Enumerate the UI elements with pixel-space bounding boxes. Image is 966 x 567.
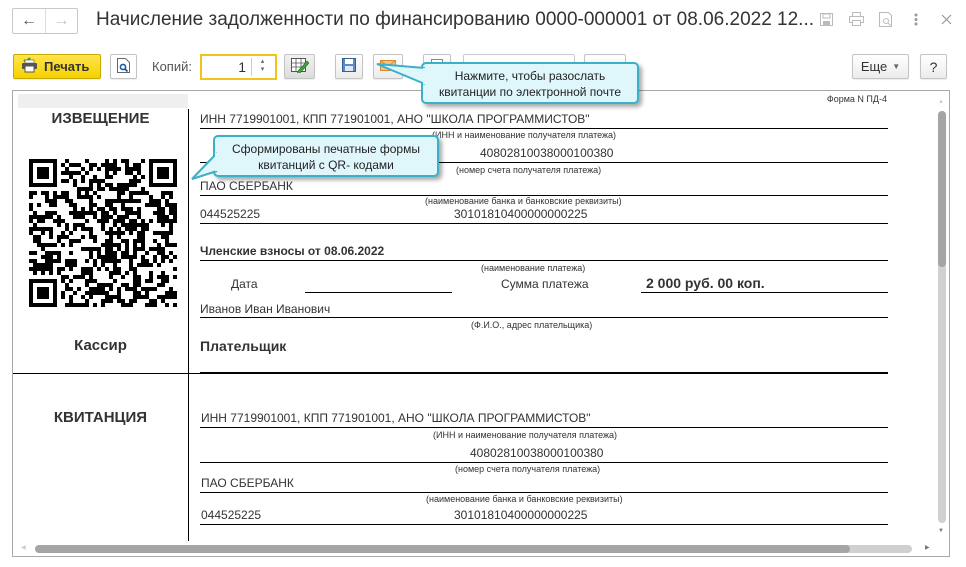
more-label: Еще — [861, 59, 887, 74]
section-divider — [13, 373, 888, 374]
title-bar: ← → Начисление задолженности по финансир… — [0, 0, 966, 42]
scroll-down-icon[interactable]: ▼ — [938, 528, 944, 534]
bank-text: ПАО СБЕРБАНК — [200, 179, 293, 193]
rule — [200, 128, 888, 129]
printer-icon — [21, 57, 38, 76]
callout-pointer — [375, 62, 425, 92]
horizontal-scrollbar[interactable]: ◀ ▶ — [13, 542, 937, 556]
recipient-text: ИНН 7719901001, КПП 771901001, АНО "ШКОЛ… — [200, 112, 590, 126]
qr-tooltip: Сформированы печатные формы квитанций с … — [213, 135, 439, 177]
window-title: Начисление задолженности по финансирован… — [96, 9, 814, 31]
preview-icon[interactable] — [878, 11, 894, 27]
qr-tooltip-line1: Сформированы печатные формы — [215, 141, 437, 157]
close-icon[interactable] — [938, 11, 954, 27]
scroll-thumb[interactable] — [938, 111, 946, 267]
rule — [200, 492, 888, 493]
floppy-disk-icon — [342, 58, 356, 75]
notice-heading: ИЗВЕЩЕНИЕ — [13, 110, 188, 127]
spreadsheet-document[interactable]: Форма N ПД-4 ИЗВЕЩЕНИЕ Кассир ИНН 771990… — [12, 90, 950, 557]
email-tooltip: Нажмите, чтобы разослать квитанции по эл… — [421, 62, 639, 104]
cashier-label: Кассир — [13, 337, 188, 354]
rule — [200, 223, 888, 224]
payment-name: Членские взносы от 08.06.2022 — [200, 244, 384, 258]
receipt-heading: КВИТАНЦИЯ — [13, 409, 188, 426]
vertical-scrollbar[interactable]: ▲ ▼ — [935, 91, 949, 544]
receipt-bik-text: 044525225 — [201, 508, 261, 522]
amount-label: Сумма платежа — [501, 277, 589, 291]
print-label: Печать — [44, 59, 89, 74]
bik-text: 044525225 — [200, 207, 260, 221]
rule — [200, 462, 888, 463]
table-edit-icon — [291, 58, 309, 76]
scroll-up-icon[interactable]: ▲ — [938, 99, 944, 105]
preview-button[interactable] — [110, 54, 137, 79]
rule — [200, 524, 888, 525]
title-actions — [818, 11, 954, 27]
print-button[interactable]: Печать — [13, 54, 101, 79]
help-button[interactable]: ? — [920, 54, 947, 79]
chevron-down-icon: ▼ — [892, 62, 900, 71]
print-icon[interactable] — [848, 11, 864, 27]
payment-name-caption: (наименование платежа) — [481, 263, 585, 273]
save-icon[interactable] — [818, 11, 834, 27]
edit-table-button[interactable] — [284, 54, 315, 79]
rule — [200, 372, 888, 373]
account-caption: (номер счета получателя платежа) — [456, 165, 601, 175]
rule — [200, 427, 888, 428]
save-button[interactable] — [335, 54, 363, 79]
date-label: Дата — [231, 277, 258, 291]
qr-code — [29, 158, 177, 308]
more-vertical-icon[interactable] — [908, 11, 924, 27]
scroll-right-icon[interactable]: ▶ — [925, 544, 930, 551]
preview-icon — [117, 58, 130, 76]
navigation-buttons: ← → — [12, 8, 78, 34]
scroll-thumb[interactable] — [35, 545, 850, 553]
receipt-account-caption: (номер счета получателя платежа) — [455, 464, 600, 474]
copies-spinner[interactable]: ▴▾ — [251, 58, 273, 76]
date-rule — [305, 292, 452, 293]
recipient-caption: (ИНН и наименование получателя платежа) — [432, 130, 616, 140]
callout-pointer — [190, 151, 217, 181]
rule — [200, 317, 888, 318]
account-text: 40802810038000100380 — [480, 146, 613, 160]
form-code: Форма N ПД-4 — [827, 94, 887, 104]
rule — [200, 260, 888, 261]
arrow-left-icon: ← — [21, 12, 37, 30]
receipt-bank-caption: (наименование банка и банковские реквизи… — [426, 494, 623, 504]
payer-signature-label: Плательщик — [200, 338, 286, 354]
qr-tooltip-line2: квитанций с QR- кодами — [215, 157, 437, 173]
arrow-right-icon: → — [54, 12, 70, 30]
copies-value: 1 — [238, 59, 246, 75]
more-button[interactable]: Еще ▼ — [852, 54, 909, 79]
scroll-left-icon[interactable]: ◀ — [21, 544, 26, 551]
email-tooltip-line2: квитанции по электронной почте — [423, 84, 637, 100]
payer-caption: (Ф.И.О., адрес плательщика) — [471, 320, 592, 330]
receipt-recipient-caption: (ИНН и наименование получателя платежа) — [433, 430, 617, 440]
help-label: ? — [930, 59, 938, 75]
receipt-account-text: 40802810038000100380 — [470, 446, 603, 460]
bank-caption: (наименование банка и банковские реквизи… — [425, 196, 622, 206]
receipt-recipient-text: ИНН 7719901001, КПП 771901001, АНО "ШКОЛ… — [201, 411, 591, 425]
header-cell — [18, 94, 188, 108]
copies-input[interactable]: 1 ▴▾ — [200, 54, 277, 80]
receipt-bank-text: ПАО СБЕРБАНК — [201, 476, 294, 490]
back-button[interactable]: ← — [13, 9, 45, 33]
corr-account-text: 30101810400000000225 — [454, 207, 587, 221]
column-divider — [188, 109, 189, 541]
amount-rule — [641, 292, 888, 293]
forward-button[interactable]: → — [45, 9, 77, 33]
receipt-corr-account-text: 30101810400000000225 — [454, 508, 587, 522]
amount-value: 2 000 руб. 00 коп. — [646, 275, 765, 291]
payer-text: Иванов Иван Иванович — [200, 302, 330, 316]
email-tooltip-line1: Нажмите, чтобы разослать — [423, 68, 637, 84]
copies-label: Копий: — [152, 59, 192, 74]
